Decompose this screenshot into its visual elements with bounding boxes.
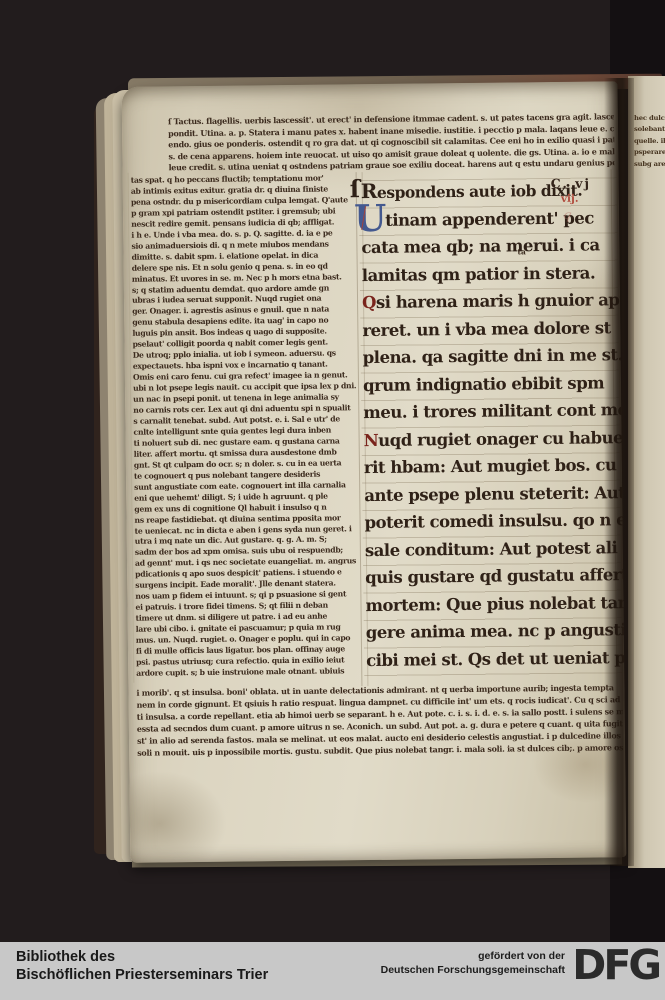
facing-page-text-line: hec dulcia <box>634 113 665 124</box>
commentary-line: ardore cupit. s; b uie instruione male o… <box>136 666 366 680</box>
bible-text-line: tinam appenderent' pec <box>361 204 619 234</box>
bible-text-line: ante psepe plenu steterit: Aut <box>364 479 622 509</box>
bible-text-line: cata mea qb; na merui. i ca <box>361 231 619 261</box>
bible-text-line: reret. un i vba mea dolore st <box>362 314 620 344</box>
funding-line2: Deutschen Forschungsgemeinschaft <box>381 964 565 978</box>
library-name: Bibliothek des Bischöflichen Priestersem… <box>16 948 268 984</box>
bible-text-line: rit hbam: Aut mugiet bos. cu <box>364 451 622 481</box>
bible-text-line: gere anima mea. nc p angustia <box>366 616 624 646</box>
bible-text-line: meu. i trores militant cont me. <box>363 396 621 426</box>
bible-text-line: qrum indignatio ebibit spm <box>363 369 621 399</box>
dfg-logo: DFG <box>572 941 659 989</box>
facing-page-text-line: psperare a <box>634 147 665 158</box>
commentary-bottom-block: i morib'. q st insulsa. boni' oblata. ut… <box>136 682 623 759</box>
funding-line1: gefördert von der <box>381 950 565 964</box>
bible-text-line: lamitas qm patior in stera. <box>362 259 620 289</box>
funding-credit: gefördert von der Deutschen Forschungsge… <box>381 950 565 977</box>
bible-text-column: Respondens aute iob dixit.tinam appender… <box>361 175 625 674</box>
bible-text-line: sale conditum: Aut potest ali <box>365 534 623 564</box>
facing-page-text-line: subg are. i <box>634 159 665 170</box>
facing-page-text-line: solebant. u <box>634 124 665 135</box>
manuscript-page: ſ Tactus. flagellis. uerbis lascessit'. … <box>122 81 627 863</box>
bible-text-line: plena. qa sagitte dni in me st. <box>363 341 621 371</box>
facing-page-text: hec dulciasolebant. uquelle. ih'psperare… <box>634 113 665 170</box>
caption-bar: Bibliothek des Bischöflichen Priestersem… <box>0 942 665 1000</box>
bible-text-line: Nuqd rugiet onager cu habue <box>363 424 621 454</box>
bible-text-line: cibi mei st. Qs det ut ueniat pe <box>366 644 624 674</box>
chapter-numeral-black: C. vj <box>551 176 591 191</box>
commentary-left-column: tas spat. q ho peccans fluctib; temptati… <box>131 173 367 679</box>
gutter-shadow <box>604 78 634 866</box>
facing-page-text-line: quelle. ih' <box>634 136 665 147</box>
library-name-line1: Bibliothek des <box>16 948 268 966</box>
bible-text-line: Qsi harena maris h gnuior appa <box>362 286 620 316</box>
chapter-numeral-red: vij. <box>561 193 579 205</box>
bible-text-line: mortem: Que pius nolebat tan <box>365 589 623 619</box>
interlinear-gloss: ta <box>517 247 525 256</box>
bible-text-line: poterit comedi insulsu. qo n e <box>364 506 622 536</box>
digitized-manuscript-photo: hec dulciasolebant. uquelle. ih'psperare… <box>0 0 665 1000</box>
illuminated-initial: U <box>354 201 387 235</box>
bible-text-line: quis gustare qd gustatu affert <box>365 561 623 591</box>
library-name-line2: Bischöflichen Priesterseminars Trier <box>16 966 268 984</box>
commentary-top-block: ſ Tactus. flagellis. uerbis lascessit'. … <box>168 111 615 174</box>
